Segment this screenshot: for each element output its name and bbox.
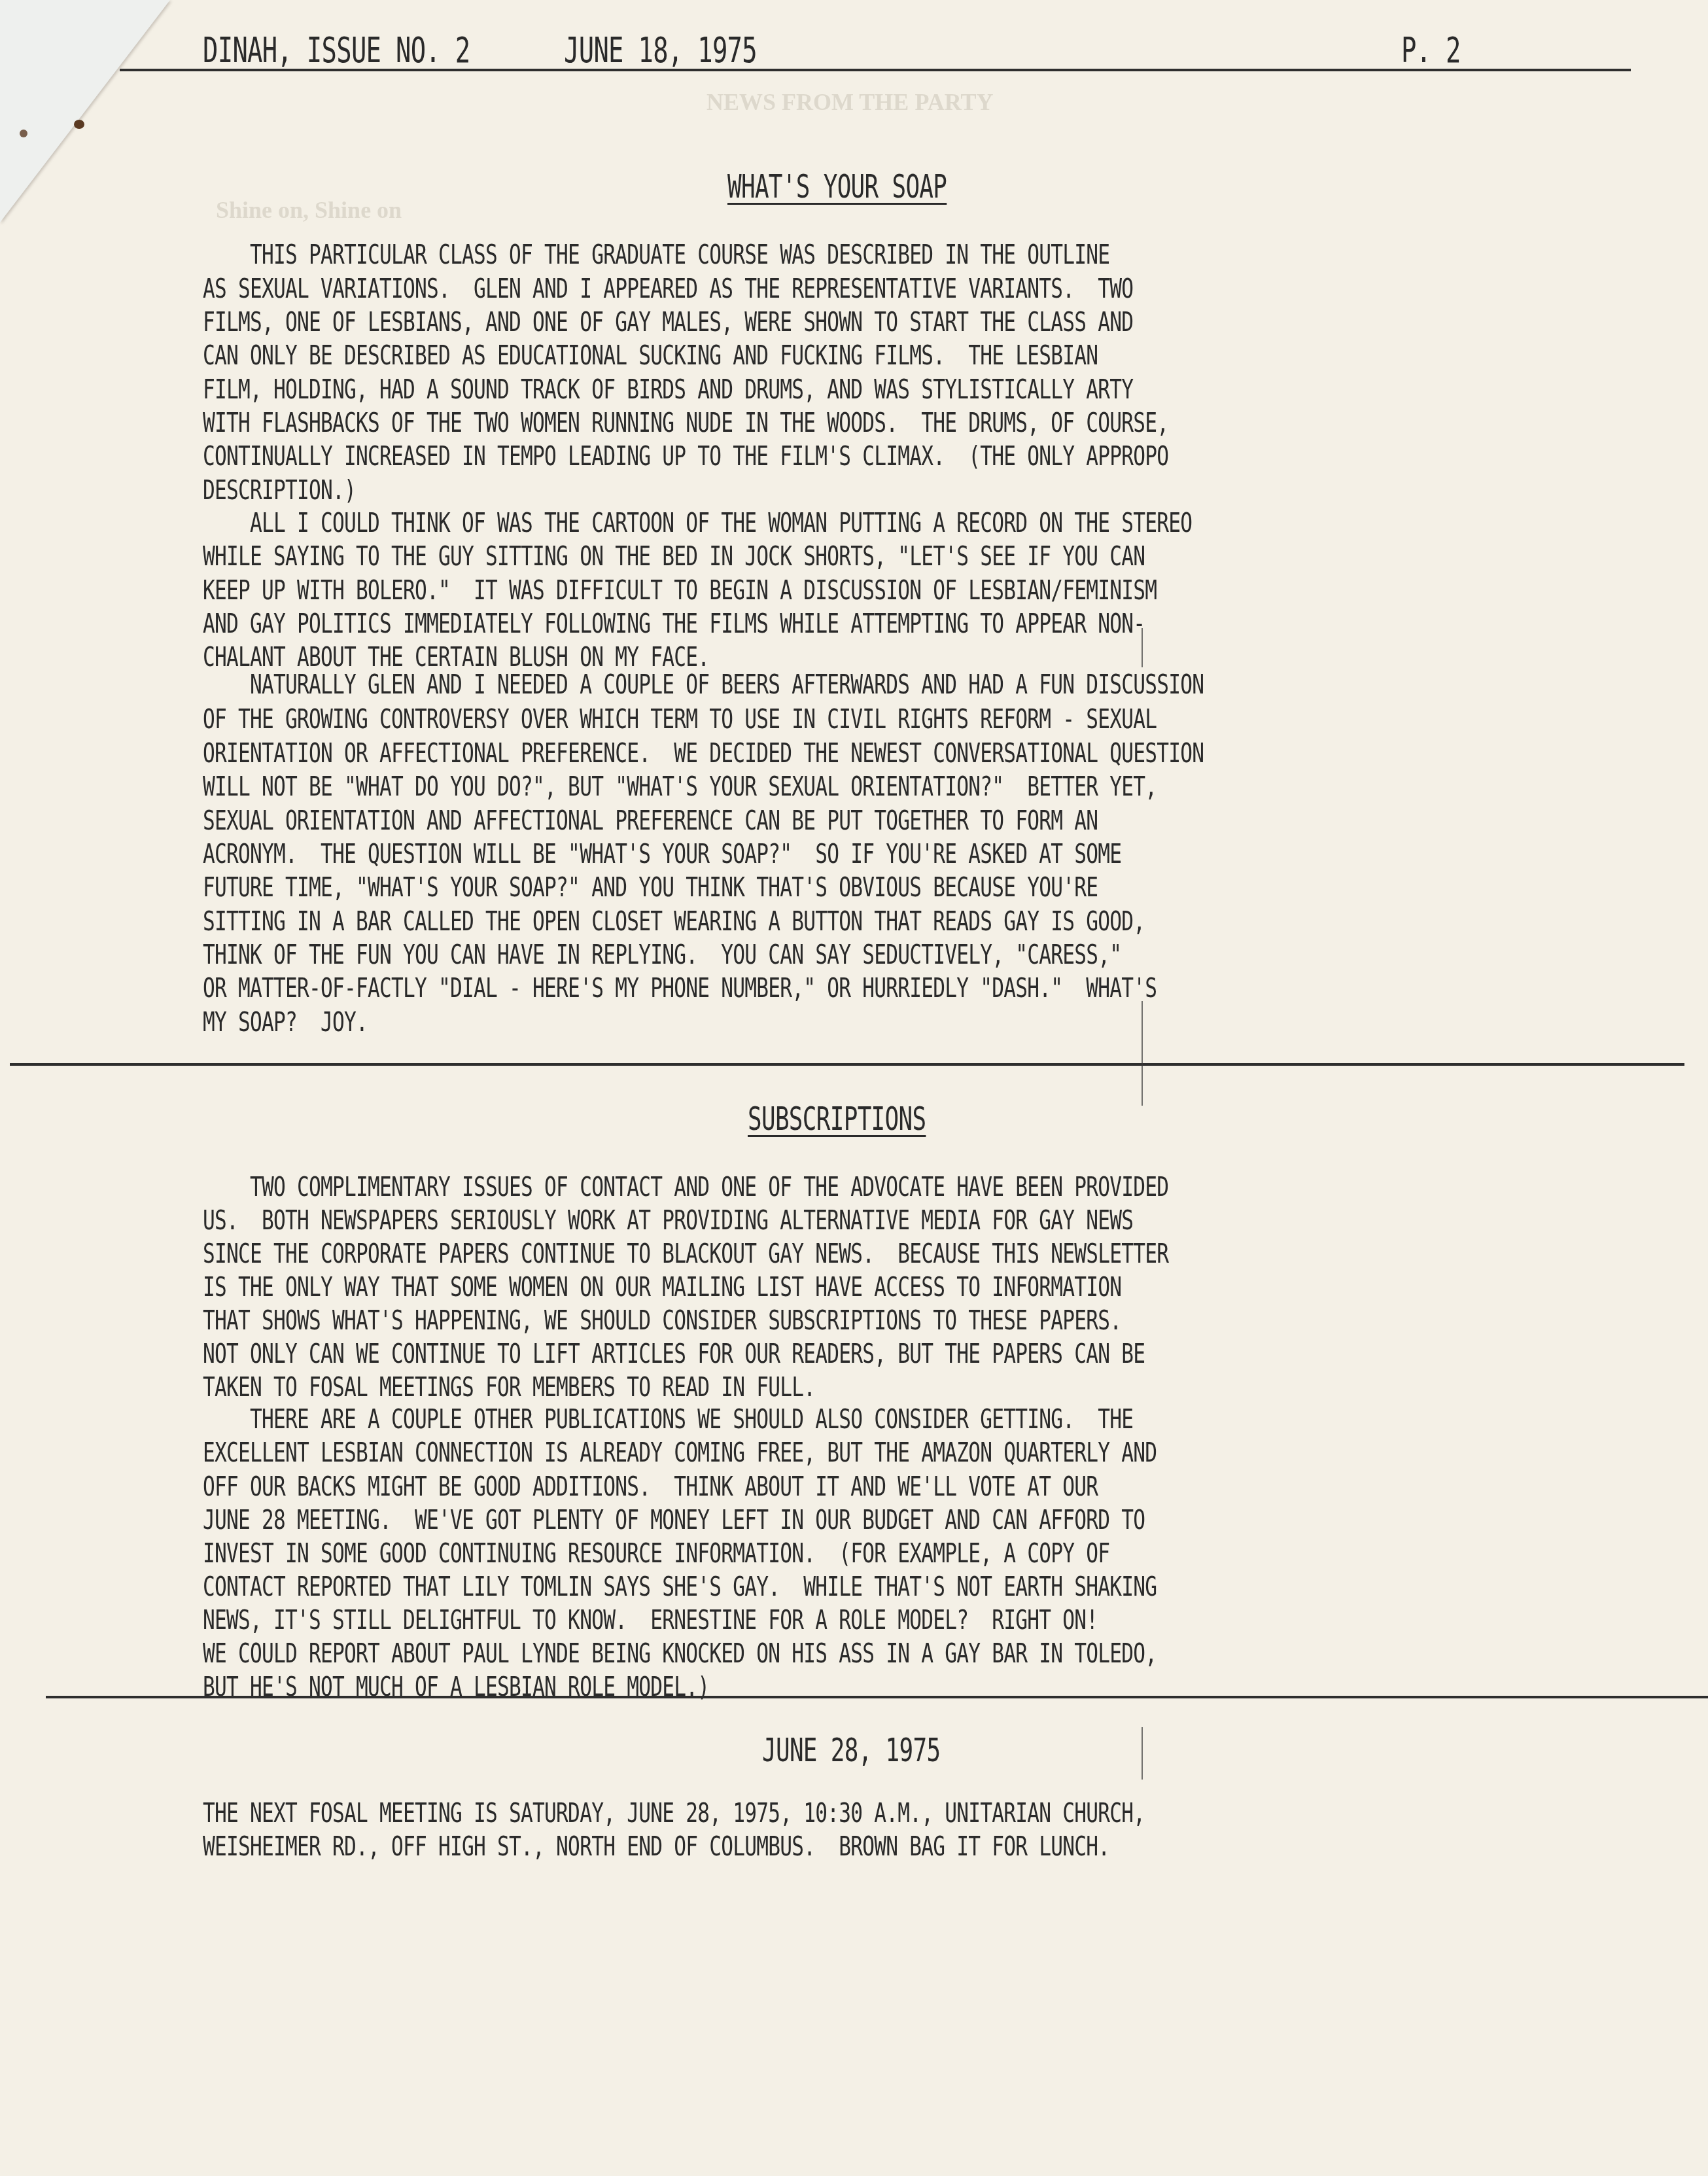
- body-line: can only be described as educational suc…: [203, 343, 1098, 369]
- fold-crease: [1142, 1727, 1143, 1780]
- body-line: orientation or affectional preference. W…: [203, 741, 1204, 767]
- body-line: There are a couple other publications we…: [203, 1407, 1133, 1433]
- body-line: acronym. The question will be "What's yo…: [203, 841, 1121, 868]
- body-line: my soap? Joy.: [203, 1009, 368, 1036]
- section-divider: [46, 1696, 1708, 1698]
- header-rule: [120, 69, 1631, 71]
- fold-crease: [1142, 1001, 1143, 1106]
- body-line: sexual orientation and affectional prefe…: [203, 808, 1098, 834]
- body-line: chalant about the certain blush on my fa…: [203, 644, 709, 671]
- body-line: All I could think of was the cartoon of …: [203, 510, 1192, 536]
- bleed-through-text: Shine on, Shine on: [216, 196, 402, 224]
- body-line: continually increased in tempo leading u…: [203, 444, 1168, 470]
- body-line: or matter-of-factly "Dial - here's my ph…: [203, 975, 1157, 1002]
- body-line: films, one of lesbians, and one of gay m…: [203, 309, 1133, 336]
- issue-date: JUNE 18, 1975: [564, 33, 757, 68]
- body-line: news, it's still delightful to know. Ern…: [203, 1607, 1098, 1634]
- body-line: is the only way that some women on our m…: [203, 1274, 1121, 1301]
- bleed-through-text: NEWS FROM THE PARTY: [706, 88, 993, 116]
- body-line: as Sexual Variations. Glen and I appeare…: [203, 276, 1133, 302]
- body-line: Not only can we continue to lift article…: [203, 1341, 1145, 1367]
- body-line: with flashbacks of the two women running…: [203, 410, 1168, 436]
- body-line: Naturally Glen and I needed a couple of …: [203, 672, 1204, 698]
- rust-spot: [74, 120, 84, 129]
- body-line: since the corporate papers continue to b…: [203, 1241, 1168, 1267]
- body-line: Contact reported that Lily Tomlin says s…: [203, 1574, 1157, 1600]
- body-line: Off Our Backs might be good additions. T…: [203, 1474, 1098, 1500]
- body-line: excellent Lesbian Connection is already …: [203, 1440, 1157, 1466]
- article-title: JUNE 28, 1975: [762, 1734, 940, 1766]
- fold-crease: [1142, 628, 1143, 667]
- article-title: WHAT'S YOUR SOAP: [727, 170, 947, 203]
- publication-name: DINAH, ISSUE NO. 2: [203, 33, 470, 68]
- body-line: sitting in a bar called the Open Closet …: [203, 909, 1145, 935]
- body-line: taken to FOSAL meetings for members to r…: [203, 1375, 815, 1401]
- body-line: Two complimentary issues of Contact and …: [203, 1174, 1168, 1201]
- body-line: We could report about Paul Lynde being k…: [203, 1641, 1157, 1667]
- body-line: film, Holding, had a sound track of bird…: [203, 377, 1133, 403]
- folded-corner: [0, 0, 170, 222]
- body-line: invest in some good continuing resource …: [203, 1541, 1109, 1567]
- rust-spot: [20, 130, 27, 137]
- article-title: SUBSCRIPTIONS: [748, 1102, 926, 1135]
- body-line: future time, "What's your soap?" and you…: [203, 875, 1098, 901]
- body-line: June 28 meeting. We've got plenty of mon…: [203, 1507, 1145, 1534]
- body-line: while saying to the guy sitting on the b…: [203, 544, 1145, 570]
- body-line: us. Both newspapers seriously work at pr…: [203, 1208, 1133, 1234]
- section-divider: [10, 1063, 1684, 1066]
- body-line: and gay politics immediately following t…: [203, 611, 1145, 637]
- body-line: of the growing controversy over which te…: [203, 707, 1157, 733]
- page-number: P. 2: [1401, 33, 1461, 68]
- body-line: think of the fun you can have in replyin…: [203, 942, 1121, 968]
- body-line: This particular class of the graduate co…: [203, 242, 1109, 268]
- body-line: description.): [203, 478, 356, 504]
- body-line: Weisheimer Rd., off High St., north end …: [203, 1834, 1109, 1860]
- body-line: The next FOSAL meeting is Saturday, June…: [203, 1800, 1145, 1827]
- body-line: will not be "What do you do?", but "What…: [203, 774, 1157, 800]
- body-line: keep up with Bolero." It was difficult t…: [203, 578, 1157, 604]
- body-line: that shows what's happening, we should c…: [203, 1308, 1121, 1334]
